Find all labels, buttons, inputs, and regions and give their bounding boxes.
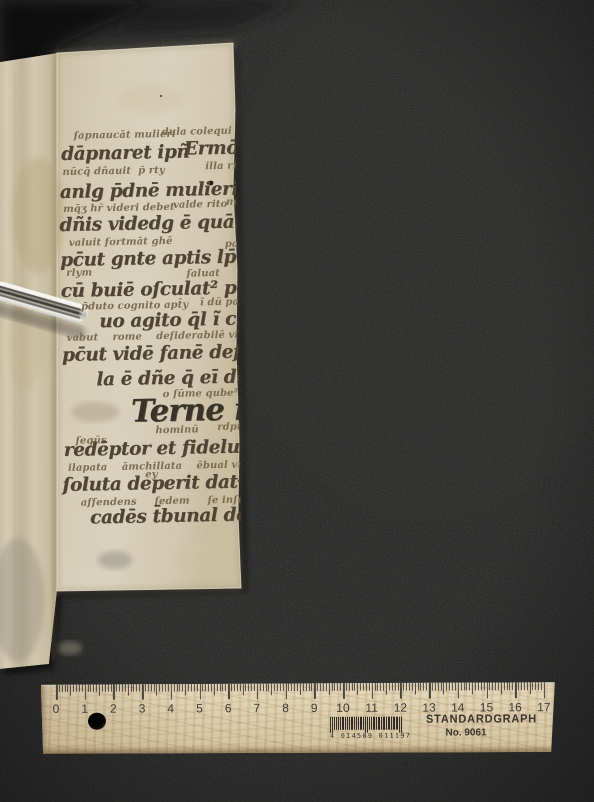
barcode-bar <box>336 717 337 730</box>
ruler-tick <box>99 684 100 696</box>
ruler-tick <box>478 682 479 690</box>
ruler-tick <box>363 683 364 691</box>
ruler-tick <box>329 683 330 695</box>
ruler-tick <box>185 683 186 695</box>
ruler-tick <box>156 683 157 695</box>
ruler-tick <box>174 683 175 691</box>
ruler-tick <box>406 683 407 691</box>
ruler-tick <box>432 683 433 691</box>
ruler-tick <box>211 683 212 691</box>
ruler-tick <box>260 683 261 691</box>
ruler-tick <box>274 683 275 691</box>
ruler-tick <box>337 683 338 691</box>
ruler-tick <box>311 683 312 691</box>
ruler-tick <box>374 683 375 691</box>
ruler-number: 4 <box>167 701 174 715</box>
pencil-smudge <box>98 551 132 569</box>
ruler-tick <box>369 683 370 691</box>
ruler-tick <box>197 683 198 691</box>
ruler-tick <box>162 683 163 691</box>
ruler-tick <box>64 684 65 692</box>
ruler-tick <box>130 684 131 692</box>
ruler-tick <box>532 682 533 690</box>
ruler-tick <box>242 683 243 695</box>
barcode-bar <box>367 717 368 733</box>
photograph: ſapnaucāt mulieridula colequidāpnaret ip… <box>0 0 594 802</box>
ruler-tick <box>251 683 252 691</box>
ruler-tick <box>463 682 464 690</box>
ruler-tick <box>128 684 129 696</box>
barcode-bar <box>330 717 331 733</box>
ruler-tick <box>303 683 304 691</box>
ruler-tick <box>285 683 287 699</box>
ruler-tick <box>62 684 63 692</box>
barcode-bar <box>347 717 348 730</box>
ruler-number: 7 <box>253 701 260 715</box>
ruler-tick <box>357 683 358 695</box>
barcode-bar <box>376 717 377 730</box>
ruler-tick <box>426 683 427 691</box>
ruler-tick <box>136 684 137 692</box>
ruler-tick <box>125 684 126 692</box>
ruler-tick <box>340 683 341 691</box>
ruler-tick <box>389 683 390 691</box>
ruler-number: 0 <box>53 702 60 716</box>
ruler-tick <box>306 683 307 691</box>
ruler-tick <box>237 683 238 691</box>
ruler-tick <box>245 683 246 691</box>
barcode-bars <box>330 717 420 733</box>
ruler-tick <box>145 684 146 692</box>
ruler-tick <box>56 684 58 700</box>
ruler-tick <box>349 683 350 691</box>
ruler-tick <box>360 683 361 691</box>
ruler-tick <box>412 683 413 691</box>
ruler-tick <box>469 682 470 690</box>
ruler-tick <box>372 683 374 699</box>
ruler-tick <box>498 682 499 690</box>
ruler-tick <box>225 683 226 691</box>
barcode-digits: 4 014509 011197 <box>330 732 420 740</box>
ruler-tick <box>93 684 94 692</box>
photo-backdrop <box>0 0 594 802</box>
ruler-tick <box>165 683 166 691</box>
ruler-tick <box>331 683 332 691</box>
ruler-tick <box>85 684 87 700</box>
ruler-tick <box>231 683 232 691</box>
ruler-tick <box>486 682 488 698</box>
ruler-tick <box>544 682 546 698</box>
ruler-tick <box>294 683 295 691</box>
ruler-number: 12 <box>394 701 407 715</box>
ruler-tick <box>240 683 241 691</box>
ruler-tick <box>334 683 335 691</box>
ruler-tick <box>271 683 272 695</box>
barcode-bar <box>388 717 390 730</box>
ruler-tick <box>308 683 309 691</box>
barcode-bar <box>381 717 382 730</box>
barcode-bar <box>369 717 370 730</box>
ruler-tick <box>518 682 519 690</box>
ruler-number: 8 <box>282 701 289 715</box>
barcode-bar <box>396 717 398 730</box>
ruler-tick <box>420 683 421 691</box>
ruler-tick <box>122 684 123 692</box>
ruler-tick <box>458 682 460 698</box>
ruler-tick <box>417 683 418 691</box>
ruler-tick <box>392 683 393 691</box>
ruler-tick <box>217 683 218 691</box>
ruler-tick <box>76 684 77 692</box>
ruler-tick <box>509 682 510 690</box>
barcode-bar <box>378 717 380 730</box>
ruler: 01234567891011121314151617 4 014509 0111… <box>41 682 555 754</box>
ruler-tick <box>300 683 301 695</box>
ink-blot <box>209 181 214 186</box>
ruler-number: 1 <box>81 702 88 716</box>
ruler-tick <box>366 683 367 691</box>
ruler-tick <box>202 683 203 691</box>
barcode-bar <box>358 717 359 730</box>
ruler-tick <box>222 683 223 691</box>
ruler-tick <box>283 683 284 691</box>
ruler-tick <box>461 682 462 690</box>
ruler-tick <box>182 683 183 691</box>
barcode-bar <box>332 717 333 733</box>
ruler-tick <box>219 683 220 691</box>
barcode-bar <box>340 717 341 730</box>
ruler-tick <box>466 682 467 690</box>
ruler-tick <box>277 683 278 691</box>
ruler-tick <box>400 683 402 699</box>
barcode-bar <box>386 717 387 730</box>
barcode-bar <box>345 717 346 730</box>
ruler-tick <box>423 683 424 691</box>
ruler-tick <box>108 684 109 692</box>
ruler-tick <box>443 682 444 694</box>
ruler-number: 2 <box>110 702 117 716</box>
ruler-tick <box>142 684 144 700</box>
barcode-bar <box>383 717 385 730</box>
barcode-bar <box>371 717 372 730</box>
ruler-tick <box>435 683 436 691</box>
ruler-tick <box>440 682 441 690</box>
ruler-tick <box>214 683 215 695</box>
ruler-tick <box>116 684 117 692</box>
ruler-number: 11 <box>365 701 378 715</box>
ruler-tick <box>73 684 74 692</box>
ruler-tick <box>515 682 517 698</box>
ruler-tick <box>481 682 482 690</box>
ruler-tick <box>538 682 539 690</box>
ruler-tick <box>148 684 149 692</box>
ruler-tick <box>377 683 378 691</box>
barcode: 4 014509 011197 <box>330 717 420 740</box>
ruler-tick <box>386 683 387 695</box>
barcode-bar <box>363 717 364 730</box>
ruler-tick <box>139 684 140 692</box>
ruler-tick <box>409 683 410 691</box>
ruler-tick <box>452 682 453 690</box>
ruler-tick <box>297 683 298 691</box>
barcode-bar <box>351 717 353 730</box>
ruler-tick <box>263 683 264 691</box>
ruler-tick <box>194 683 195 691</box>
barcode-bar <box>360 717 362 730</box>
ruler-tick <box>188 683 189 691</box>
ruler-tick <box>395 683 396 691</box>
barcode-bar <box>354 717 355 730</box>
barcode-bar <box>373 717 375 730</box>
ruler-tick <box>501 682 502 694</box>
ruler-tick <box>153 684 154 692</box>
barcode-bar <box>393 717 395 730</box>
ruler-tick <box>113 684 115 700</box>
ruler-tick <box>397 683 398 691</box>
ruler-tick <box>380 683 381 691</box>
ruler-tick <box>512 682 513 690</box>
ruler-tick <box>234 683 235 691</box>
ruler-tick <box>168 683 169 691</box>
ruler-tick <box>191 683 192 691</box>
ruler-tick <box>475 682 476 690</box>
ruler-tick <box>208 683 209 691</box>
ruler-tick <box>228 683 230 699</box>
ruler-tick <box>102 684 103 692</box>
ruler-tick <box>205 683 206 691</box>
ruler-hole <box>88 713 106 730</box>
ruler-tick <box>119 684 120 692</box>
ruler-tick <box>504 682 505 690</box>
ruler-tick <box>541 682 542 690</box>
ruler-tick <box>527 682 528 690</box>
ruler-number: 3 <box>139 702 146 716</box>
ruler-tick <box>110 684 111 692</box>
ruler-tick <box>90 684 91 692</box>
barcode-bar <box>349 717 350 730</box>
ruler-tick <box>472 682 473 694</box>
ruler-tick <box>176 683 177 691</box>
ruler-tick <box>326 683 327 691</box>
ruler-tick <box>351 683 352 691</box>
ruler-tick <box>254 683 255 691</box>
ruler-tick <box>354 683 355 691</box>
ruler-tick <box>314 683 316 699</box>
ruler-tick <box>82 684 83 692</box>
ruler-tick <box>438 683 439 691</box>
barcode-bar <box>334 717 335 730</box>
ruler-tick <box>521 682 522 690</box>
ruler-tick <box>248 683 249 691</box>
ruler-tick <box>446 682 447 690</box>
ruler-number: 10 <box>336 701 349 715</box>
ruler-tick <box>320 683 321 691</box>
ruler-tick <box>59 684 60 692</box>
ruler-tick <box>265 683 266 691</box>
ruler-tick <box>79 684 80 692</box>
ruler-tick <box>288 683 289 691</box>
ruler-tick <box>67 684 68 692</box>
ruler-tick <box>171 683 173 699</box>
ruler-tick <box>317 683 318 691</box>
ruler-tick <box>343 683 345 699</box>
ruler-tick <box>151 684 152 692</box>
ruler-tick <box>415 683 416 695</box>
ruler-number: 9 <box>311 701 318 715</box>
ruler-tick <box>291 683 292 691</box>
ruler-number: 6 <box>225 701 232 715</box>
ruler-tick <box>484 682 485 690</box>
ruler-tick <box>455 682 456 690</box>
barcode-bar <box>342 717 344 730</box>
ruler-tick <box>489 682 490 690</box>
ruler-tick <box>383 683 384 691</box>
ruler-tick <box>70 684 71 696</box>
ruler-tick <box>495 682 496 690</box>
ruler-tick <box>268 683 269 691</box>
ruler-tick <box>535 682 536 690</box>
barcode-bar <box>401 717 402 733</box>
ruler-tick <box>199 683 201 699</box>
model-label: No. 9061 <box>426 727 506 738</box>
ruler-tick <box>179 683 180 691</box>
ruler-tick <box>529 682 530 694</box>
ruler-tick <box>449 682 450 690</box>
ruler-tick <box>159 683 160 691</box>
ruler-tick <box>280 683 281 691</box>
ruler-tick <box>323 683 324 691</box>
ruler-tick <box>346 683 347 691</box>
barcode-bar <box>391 717 392 730</box>
brand-label: STANDARDGRAPH <box>426 713 522 726</box>
ruler-tick <box>492 682 493 690</box>
barcode-bar <box>399 717 400 733</box>
barcode-bar <box>338 717 339 730</box>
ruler-tick <box>87 684 88 692</box>
ruler-tick <box>429 683 431 699</box>
ruler-tick <box>105 684 106 692</box>
ruler-tick <box>257 683 259 699</box>
ruler-tick <box>506 682 507 690</box>
barcode-bar <box>356 717 357 730</box>
ruler-tick <box>403 683 404 691</box>
ruler-tick <box>524 682 525 690</box>
ruler-tick <box>96 684 97 692</box>
barcode-bar <box>365 717 366 733</box>
ruler-number: 5 <box>196 701 203 715</box>
ruler-tick <box>133 684 134 692</box>
ruler-number: 17 <box>537 700 550 714</box>
